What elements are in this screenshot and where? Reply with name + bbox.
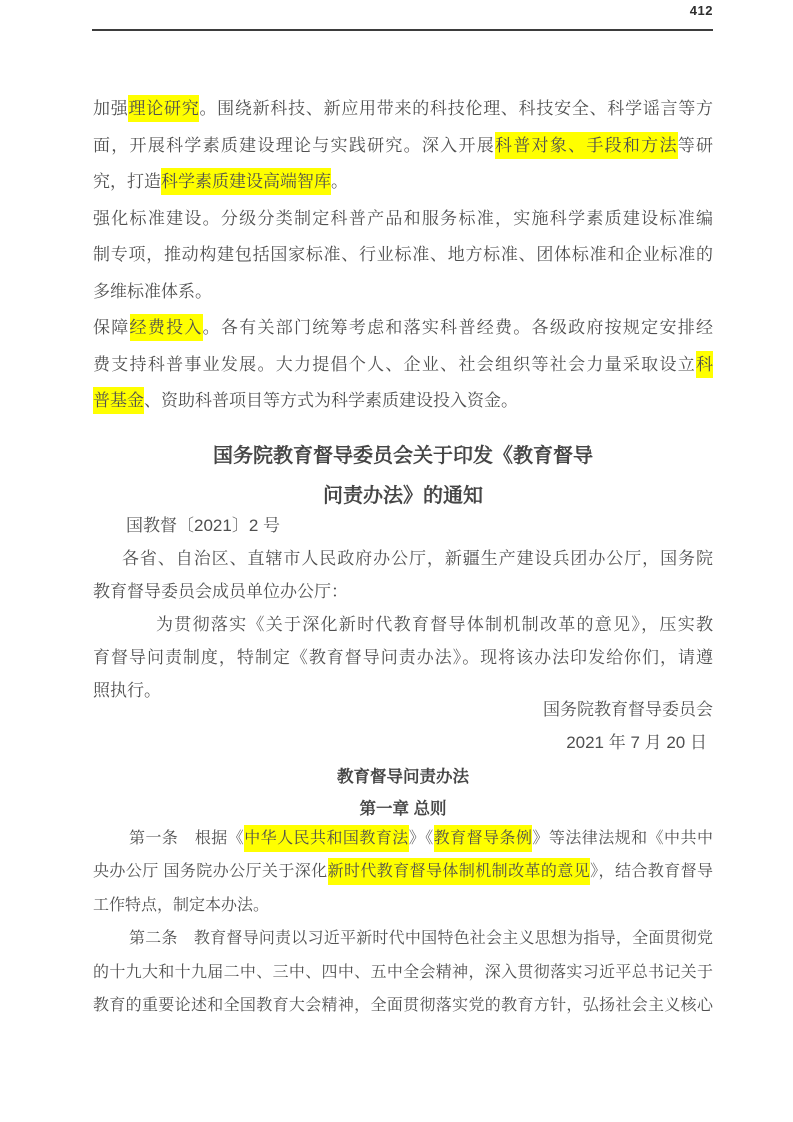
text-line: 费支持科普事业发展。大力提倡个人、企业、社会组织等社会力量采取设立科 — [93, 347, 713, 384]
notice-header-paragraphs: 国教督〔2021〕2 号各省、自治区、直辖市人民政府办公厅，新疆生产建设兵团办公… — [93, 509, 713, 707]
text-line: 工作特点，制定本办法。 — [93, 889, 713, 923]
text-segment: 等研 — [678, 136, 713, 155]
text-line: 面，开展科学素质建设理论与实践研究。深入开展科普对象、手段和方法等研 — [93, 128, 713, 165]
notice-title-line-1: 国务院教育督导委员会关于印发《教育督导 — [93, 436, 713, 476]
text-segment: 育督导问责制度，特制定《教育督导问责办法》。现将该办法印发给你们，请遵 — [93, 648, 713, 667]
issue-date: 2021 年 7 月 20 日 — [93, 726, 713, 759]
text-segment: 照执行。 — [93, 681, 161, 700]
text-segment: 教育的重要论述和全国教育大会精神，全面贯彻落实党的教育方针，弘扬社会主义核心 — [93, 997, 713, 1014]
text-segment: 制专项，推动构建包括国家标准、行业标准、地方标准、团体标准和企业标准的 — [93, 245, 713, 264]
text-line: 教育的重要论述和全国教育大会精神，全面贯彻落实党的教育方针，弘扬社会主义核心 — [93, 989, 713, 1023]
text-segment: 国教督〔2021〕2 号 — [126, 516, 280, 535]
text-line: 制专项，推动构建包括国家标准、行业标准、地方标准、团体标准和企业标准的 — [93, 237, 713, 274]
text-segment: 加强 — [93, 99, 128, 118]
text-line: 多维标准体系。 — [93, 274, 713, 311]
text-segment: 第二条 教育督导问责以习近平新时代中国特色社会主义思想为指导，全面贯彻党 — [129, 930, 713, 947]
highlighted-text: 科 — [696, 351, 713, 378]
highlighted-text: 科普对象、手段和方法 — [495, 132, 678, 159]
highlighted-text: 理论研究 — [128, 95, 199, 122]
highlighted-text: 中华人民共和国教育法 — [244, 825, 409, 852]
highlighted-text: 科学素质建设高端智库 — [161, 168, 331, 195]
text-line: 育督导问责制度，特制定《教育督导问责办法》。现将该办法印发给你们，请遵 — [93, 641, 713, 674]
text-line: 第二条 教育督导问责以习近平新时代中国特色社会主义思想为指导，全面贯彻党 — [93, 922, 713, 956]
text-line: 保障经费投入。各有关部门统筹考虑和落实科普经费。各级政府按规定安排经 — [93, 310, 713, 347]
highlighted-text: 普基金 — [93, 387, 144, 414]
text-segment: 为贯彻落实《关于深化新时代教育督导体制机制改革的意见》，压实教 — [156, 615, 713, 634]
text-segment: 强化标准建设。分级分类制定科普产品和服务标准，实施科学素质建设标准编 — [93, 209, 713, 228]
text-segment: 》等法律法规和《中共中 — [532, 830, 713, 847]
text-segment: 究，打造 — [93, 172, 161, 191]
text-segment: 多维标准体系。 — [93, 282, 212, 301]
text-segment: 教育督导委员会成员单位办公厅： — [93, 582, 348, 601]
page-number: 412 — [690, 3, 713, 18]
document-page: 412 加强理论研究。围绕新科技、新应用带来的科技伦理、科技安全、科学谣言等方面… — [0, 0, 793, 1122]
issuer-signature: 国务院教育督导委员会 — [93, 693, 713, 726]
text-line: 加强理论研究。围绕新科技、新应用带来的科技伦理、科技安全、科学谣言等方 — [93, 91, 713, 128]
text-segment: 各省、自治区、直辖市人民政府办公厅，新疆生产建设兵团办公厅，国务院 — [122, 549, 713, 568]
text-line: 教育督导委员会成员单位办公厅： — [93, 575, 713, 608]
text-line: 各省、自治区、直辖市人民政府办公厅，新疆生产建设兵团办公厅，国务院 — [93, 542, 713, 575]
highlighted-text: 教育督导条例 — [434, 825, 533, 852]
article-paragraphs: 第一条 根据《中华人民共和国教育法》《教育督导条例》等法律法规和《中共中央办公厅… — [93, 822, 713, 1023]
text-segment: 工作特点，制定本办法。 — [93, 897, 269, 914]
text-segment: 》，结合教育督导 — [590, 863, 713, 880]
highlighted-text: 新时代教育督导体制机制改革的意见 — [328, 858, 591, 885]
text-segment: 第一条 根据《 — [129, 830, 244, 847]
highlighted-text: 经费投入 — [130, 314, 203, 341]
text-line: 第一条 根据《中华人民共和国教育法》《教育督导条例》等法律法规和《中共中 — [93, 822, 713, 856]
science-literacy-paragraphs: 加强理论研究。围绕新科技、新应用带来的科技伦理、科技安全、科学谣言等方面，开展科… — [93, 91, 713, 420]
page-content: 加强理论研究。围绕新科技、新应用带来的科技伦理、科技安全、科学谣言等方面，开展科… — [93, 31, 713, 1023]
text-segment: 。各有关部门统筹考虑和落实科普经费。各级政府按规定安排经 — [203, 318, 713, 337]
text-line: 强化标准建设。分级分类制定科普产品和服务标准，实施科学素质建设标准编 — [93, 201, 713, 238]
chapter-heading: 第一章 总则 — [93, 793, 713, 825]
text-segment: 》《 — [409, 830, 434, 847]
text-segment: 面，开展科学素质建设理论与实践研究。深入开展 — [93, 136, 495, 155]
text-segment: 。围绕新科技、新应用带来的科技伦理、科技安全、科学谣言等方 — [199, 99, 713, 118]
text-line: 究，打造科学素质建设高端智库。 — [93, 164, 713, 201]
text-line: 央办公厅 国务院办公厅关于深化新时代教育督导体制机制改革的意见》，结合教育督导 — [93, 855, 713, 889]
text-segment: 保障 — [93, 318, 130, 337]
text-segment: 费支持科普事业发展。大力提倡个人、企业、社会组织等社会力量采取设立 — [93, 355, 696, 374]
text-segment: 。 — [331, 172, 348, 191]
text-line: 的十九大和十九届二中、三中、四中、五中全会精神，深入贯彻落实习近平总书记关于 — [93, 956, 713, 990]
text-segment: 央办公厅 国务院办公厅关于深化 — [93, 863, 328, 880]
text-segment: 的十九大和十九届二中、三中、四中、五中全会精神，深入贯彻落实习近平总书记关于 — [93, 964, 713, 981]
measure-title: 教育督导问责办法 — [93, 761, 713, 793]
text-segment: 、资助科普项目等方式为科学素质建设投入资金。 — [144, 391, 518, 410]
text-line: 普基金、资助科普项目等方式为科学素质建设投入资金。 — [93, 383, 713, 420]
text-line: 为贯彻落实《关于深化新时代教育督导体制机制改革的意见》，压实教 — [93, 608, 713, 641]
